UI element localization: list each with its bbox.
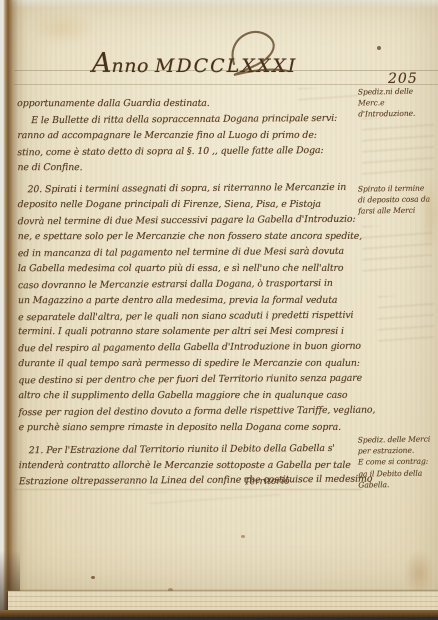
body-line: termini. I quali potranno stare solament… [18,324,362,340]
body-line: stino, come è stato detto di sopra al §.… [17,142,361,160]
body-line: caso dovranno le Mercanzie estrarsi dall… [18,276,362,294]
heading-rest: nno [112,55,149,77]
body-line: ne, e spettare solo per le Mercanzie che… [18,229,362,245]
body-line: un Magazzino a parte dentro alla medesim… [18,293,362,309]
body-line: fosse per ragion del destino dovuto a fo… [18,403,362,421]
body-line: 21. Per l'Estrazione dal Territorio riun… [19,440,363,458]
body-line: ne di Confine. [17,159,361,175]
body-line: durante il qual tempo sarà permesso di s… [18,356,362,372]
ruled-line-bottom [14,84,438,85]
heading-initial: A [92,48,112,79]
body-line: e purchè siano sempre rimaste in deposit… [19,420,363,436]
margin-note-extraction: Spediz. delle Merci per estrazione. E co… [358,433,437,490]
body-line: 20. Spirati i termini assegnati di sopra… [17,180,361,198]
manuscript-scan: AnnoMDCCLXXXI 205 opportunamente dalla G… [0,0,438,620]
page-top-edge [5,0,438,8]
calligraphic-flourish-icon [224,28,296,80]
margin-note-line: Gabella. [358,478,436,490]
body-line: altro che il supplimento della Gabella m… [18,388,362,404]
margin-note-line: farsi alle Merci [358,204,436,216]
body-text: opportunamente dalla Guardia destinata. … [17,95,363,490]
margin-note-line: E come si contrag: [358,456,436,468]
body-line: Estrazione oltrepasseranno la Linea del … [19,472,363,490]
body-line: opportunamente dalla Guardia destinata. [17,96,361,112]
body-line: E le Bullette di ritta della sopraccenna… [17,111,361,129]
body-line: ranno ad accompagnare le Mercanzie fino … [17,128,361,144]
page-number: 205 [388,71,418,87]
margin-note-line: Spediz. delle Merci [358,433,436,445]
body-line: que destino si per dentro che per fuori … [18,371,362,389]
paper-crease [14,489,362,490]
body-line: deposito nelle Dogane principali di Fire… [18,197,362,213]
body-line: dovrà nel termine di due Mesi successivi… [18,212,362,230]
body-line: la Gabella medesima col quarto più di es… [18,261,362,277]
body-line: ed in mancanza di tal pagamento nel term… [18,244,362,262]
margin-note-line: di deposito cosa da [358,193,436,205]
margin-note-introduction: Spediz.ni delle Merc.e d'Introduzione. [358,85,436,119]
body-line: due del respiro al pagamento della Gabel… [18,339,362,357]
margin-note-line: Spediz.ni delle Merc.e [358,85,436,108]
margin-note-line: d'Introduzione. [358,107,436,119]
page-edge-stack [8,591,438,611]
catchword: Territorio [244,476,290,488]
margin-note-deposit-term: Spirato il termine di deposito cosa da f… [358,182,436,216]
book-cover-edge [0,610,438,617]
